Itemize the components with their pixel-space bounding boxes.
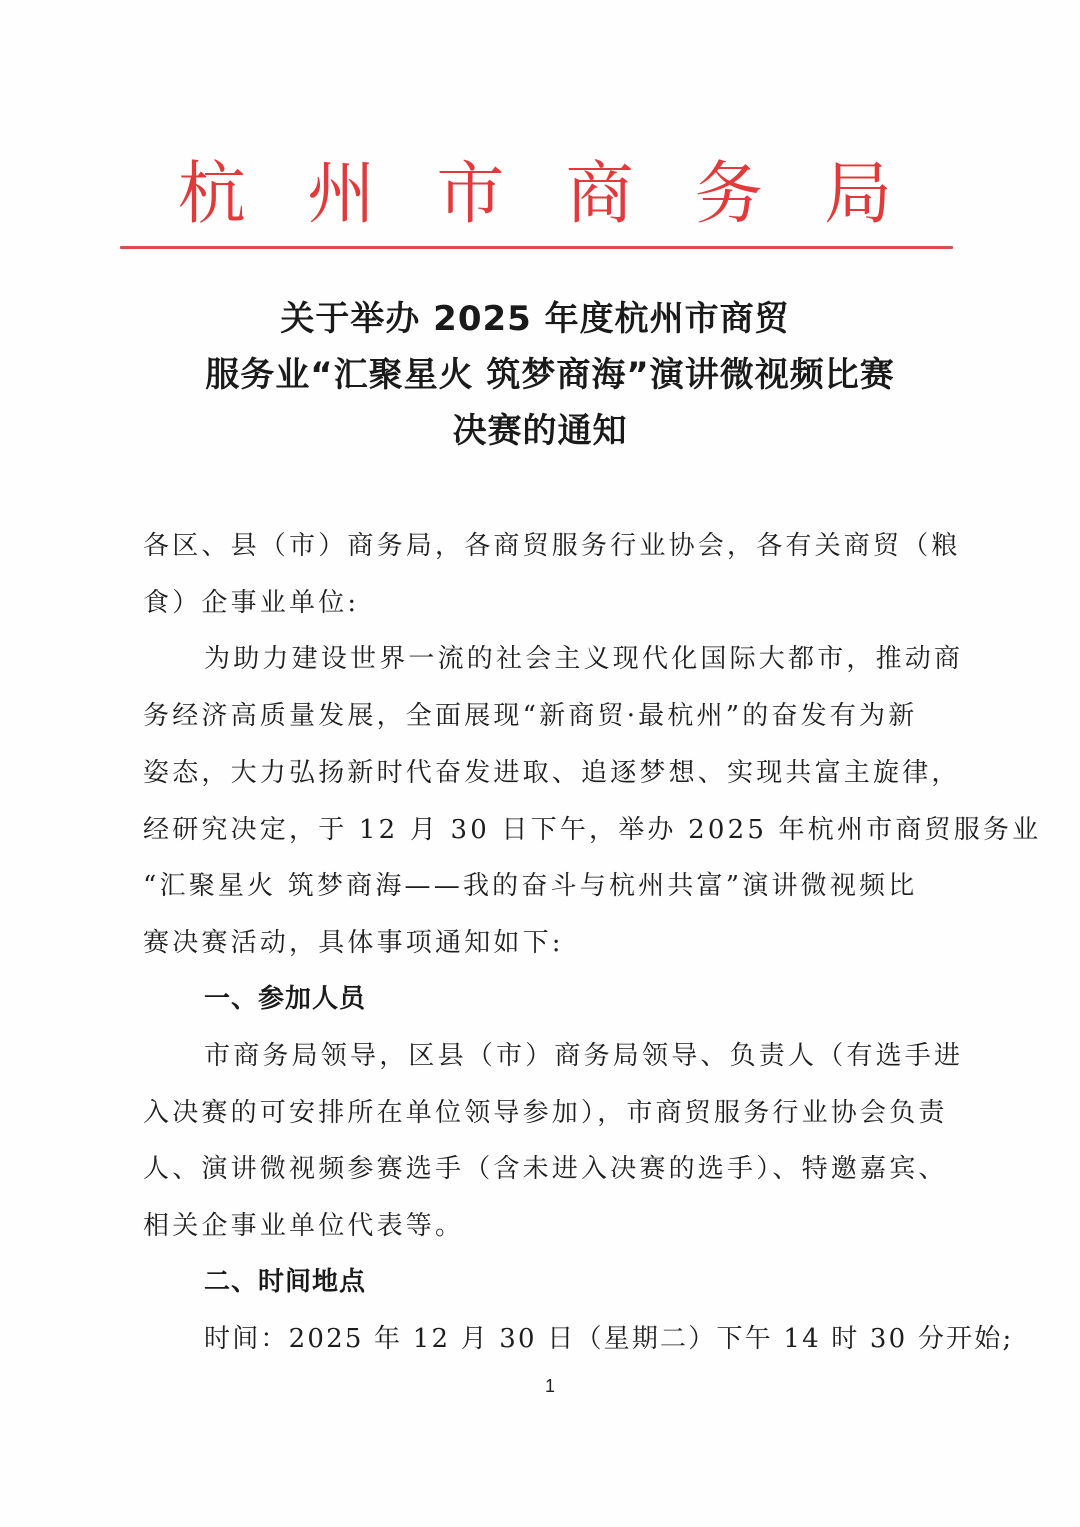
intro-paragraph-line: 为助力建设世界一流的社会主义现代化国际大都市，推动商 <box>204 646 1034 672</box>
page-number: 1 <box>540 1376 560 1397</box>
letterhead-char: 市 <box>436 161 504 229</box>
letterhead-title: 杭 州 市 商 务 局 <box>120 150 952 240</box>
salutation-line-1: 各区、县（市）商务局，各商贸服务行业协会，各有关商贸（粮 <box>143 533 973 559</box>
intro-paragraph-line: 务经济高质量发展，全面展现“新商贸·最杭州”的奋发有为新 <box>143 703 973 729</box>
participants-line: 人、演讲微视频参赛选手（含未进入决赛的选手）、特邀嘉宾、 <box>143 1156 973 1182</box>
letterhead-char: 局 <box>824 161 892 229</box>
letterhead-char: 州 <box>307 161 375 229</box>
participants-line: 入决赛的可安排所在单位领导参加），市商贸服务行业协会负责 <box>143 1100 973 1126</box>
intro-paragraph-line: 赛决赛活动，具体事项通知如下: <box>143 930 973 956</box>
salutation-line-2: 食）企事业单位: <box>143 590 973 616</box>
letterhead-red-rule <box>120 246 953 249</box>
participants-line: 市商务局领导，区县（市）商务局领导、负责人（有选手进 <box>204 1043 1034 1069</box>
intro-paragraph-line: 经研究决定，于 12 月 30 日下午，举办 2025 年杭州市商贸服务业 <box>143 817 973 843</box>
document-page: 杭 州 市 商 务 局 关于举办 2025 年度杭州市商贸 服务业“汇聚星火 筑… <box>0 0 1080 1527</box>
document-title-line-1: 关于举办 2025 年度杭州市商贸 <box>85 302 985 336</box>
document-title-line-3: 决赛的通知 <box>90 414 990 448</box>
section-heading-participants: 一、参加人员 <box>204 986 366 1012</box>
participants-line: 相关企事业单位代表等。 <box>143 1213 973 1239</box>
intro-paragraph-line: “汇聚星火 筑梦商海——我的奋斗与杭州共富”演讲微视频比 <box>143 873 973 899</box>
time-line: 时间：2025 年 12 月 30 日（星期二）下午 14 时 30 分开始; <box>204 1326 1034 1352</box>
letterhead-char: 务 <box>695 161 763 229</box>
section-heading-time-place: 二、时间地点 <box>204 1269 366 1295</box>
document-title-line-2: 服务业“汇聚星火 筑梦商海”演讲微视频比赛 <box>100 358 1000 392</box>
letterhead-char: 杭 <box>178 161 246 229</box>
letterhead-char: 商 <box>566 161 634 229</box>
intro-paragraph-line: 姿态，大力弘扬新时代奋发进取、追逐梦想、实现共富主旋律， <box>143 760 973 786</box>
